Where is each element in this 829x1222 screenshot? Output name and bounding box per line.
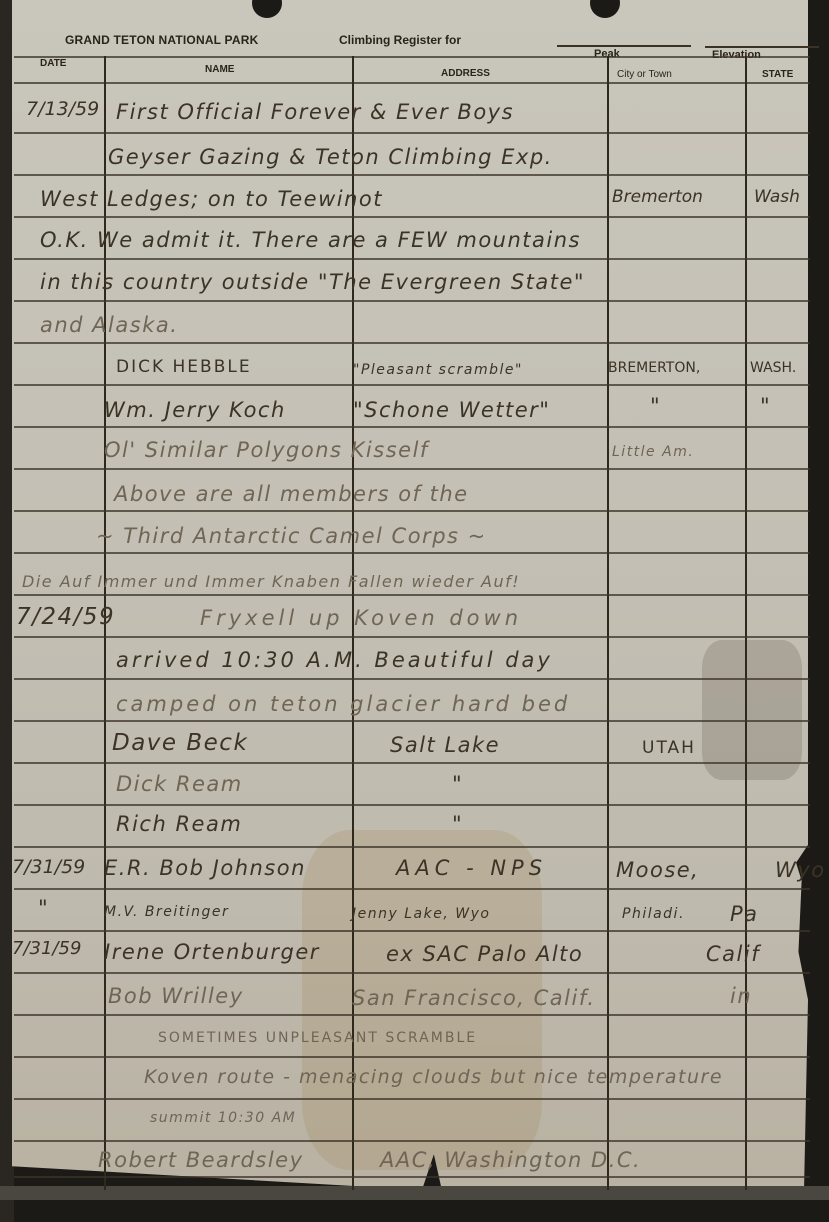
row-rule: [14, 552, 810, 554]
column-city: City or Town: [617, 69, 672, 80]
entry-text: and Alaska.: [40, 313, 178, 337]
entry-city: Little Am.: [612, 444, 694, 460]
row-rule: [14, 888, 810, 890]
entry-address: San Francisco, Calif.: [352, 986, 596, 1010]
entry-name: Dick Ream: [116, 772, 243, 796]
frame-bottom: [0, 1186, 829, 1200]
row-rule: [14, 636, 810, 638]
entry-city: Moose,: [616, 858, 699, 882]
entry-name: Rich Ream: [116, 812, 242, 836]
entry-city-ditto: ": [650, 394, 661, 418]
row-rule: [14, 720, 810, 722]
row-rule: [14, 174, 810, 176]
entry-name: Wm. Jerry Koch: [104, 398, 286, 422]
peak-field-line: [557, 45, 691, 47]
entry-address: AAC - NPS: [396, 856, 547, 880]
entry-state: Calif: [706, 942, 760, 966]
entry-city: Bremerton: [612, 187, 703, 207]
column-divider: [745, 56, 747, 1190]
entry-date: 7/31/59: [12, 938, 81, 959]
entry-text: in this country outside "The Evergreen S…: [40, 270, 585, 294]
entry-name: E.R. Bob Johnson: [104, 856, 306, 880]
row-rule: [14, 132, 810, 134]
entry-state: Wyo: [775, 858, 826, 882]
row-rule: [14, 510, 810, 512]
entry-state-ditto: ": [760, 394, 771, 418]
row-rule: [14, 594, 810, 596]
entry-name: Ol' Similar Polygons Kisself: [104, 438, 429, 462]
entry-text: First Official Forever & Ever Boys: [116, 100, 514, 124]
entry-text: O.K. We admit it. There are a FEW mounta…: [40, 228, 581, 252]
entry-name: Irene Ortenburger: [104, 940, 320, 964]
entry-address: ex SAC Palo Alto: [386, 942, 583, 966]
entry-text: Above are all members of the: [114, 482, 469, 506]
entry-name: Bob Wrilley: [108, 984, 244, 1008]
row-rule: [14, 258, 810, 260]
entry-address: "Pleasant scramble": [353, 362, 523, 378]
entry-name: Robert Beardsley: [98, 1148, 304, 1172]
punch-hole: [590, 0, 620, 18]
column-address: ADDRESS: [441, 68, 490, 79]
row-rule: [14, 468, 810, 470]
entry-text: camped on teton glacier hard bed: [116, 692, 570, 716]
row-rule: [14, 1176, 810, 1178]
register-label: Climbing Register for: [339, 33, 461, 47]
row-rule: [14, 804, 810, 806]
entry-name: DICK HEBBLE: [116, 357, 252, 377]
punch-hole: [252, 0, 282, 18]
entry-name: M.V. Breitinger: [104, 904, 229, 920]
row-rule: [14, 426, 810, 428]
row-rule: [14, 1056, 810, 1058]
elevation-field-line: [705, 46, 819, 48]
row-rule: [14, 384, 810, 386]
entry-address: AAC, Washington D.C.: [380, 1148, 641, 1172]
entry-text: ~ Third Antarctic Camel Corps ~: [96, 524, 487, 548]
entry-address: "Schone Wetter": [353, 398, 550, 422]
entry-city: Philadi.: [622, 906, 685, 922]
row-rule: [14, 762, 810, 764]
entry-text: Fryxell up Koven down: [200, 606, 522, 630]
column-divider: [607, 56, 609, 1190]
entry-text: Koven route - menacing clouds but nice t…: [144, 1066, 723, 1088]
entry-city: BREMERTON,: [608, 360, 700, 376]
background-left: [0, 0, 14, 1222]
row-rule: [14, 1014, 810, 1016]
row-rule: [14, 1098, 810, 1100]
elevation-label: Elevation: [712, 49, 761, 61]
entry-text: summit 10:30 AM: [150, 1110, 296, 1126]
column-date: DATE: [40, 58, 66, 69]
park-title: GRAND TETON NATIONAL PARK: [65, 33, 258, 47]
entry-date: 7/31/59: [12, 856, 85, 878]
row-rule: [14, 342, 810, 344]
entry-text: West Ledges; on to Teewinot: [40, 187, 383, 211]
column-name: NAME: [205, 64, 234, 75]
entry-state: Wash: [754, 187, 800, 207]
entry-city: UTAH: [642, 738, 696, 758]
row-rule: [14, 678, 810, 680]
header-top-rule: [14, 56, 810, 58]
smudge: [702, 640, 802, 780]
header-bottom-rule: [14, 82, 810, 84]
entry-text: Geyser Gazing & Teton Climbing Exp.: [108, 145, 553, 169]
entry-state: WASH.: [750, 360, 796, 376]
row-rule: [14, 216, 810, 218]
entry-state: in: [730, 984, 752, 1008]
entry-text: arrived 10:30 A.M. Beautiful day: [116, 648, 553, 672]
entry-date: 7/13/59: [26, 98, 99, 120]
entry-address-ditto: ": [452, 772, 463, 796]
entry-state: Pa: [730, 902, 759, 926]
row-rule: [14, 846, 810, 848]
entry-date: 7/24/59: [16, 604, 115, 630]
row-rule: [14, 300, 810, 302]
entry-text: Die Auf Immer und Immer Knaben Fallen wi…: [22, 572, 520, 591]
entry-name: Dave Beck: [112, 730, 248, 756]
row-rule: [14, 1140, 810, 1142]
entry-address-ditto: ": [452, 812, 463, 836]
row-rule: [14, 930, 810, 932]
column-state: STATE: [762, 69, 793, 80]
entry-address: Jenny Lake, Wyo: [352, 906, 490, 922]
entry-address: Salt Lake: [390, 733, 500, 757]
row-rule: [14, 972, 810, 974]
entry-text: SOMETIMES UNPLEASANT SCRAMBLE: [158, 1030, 477, 1046]
entry-date-ditto: ": [38, 896, 49, 920]
